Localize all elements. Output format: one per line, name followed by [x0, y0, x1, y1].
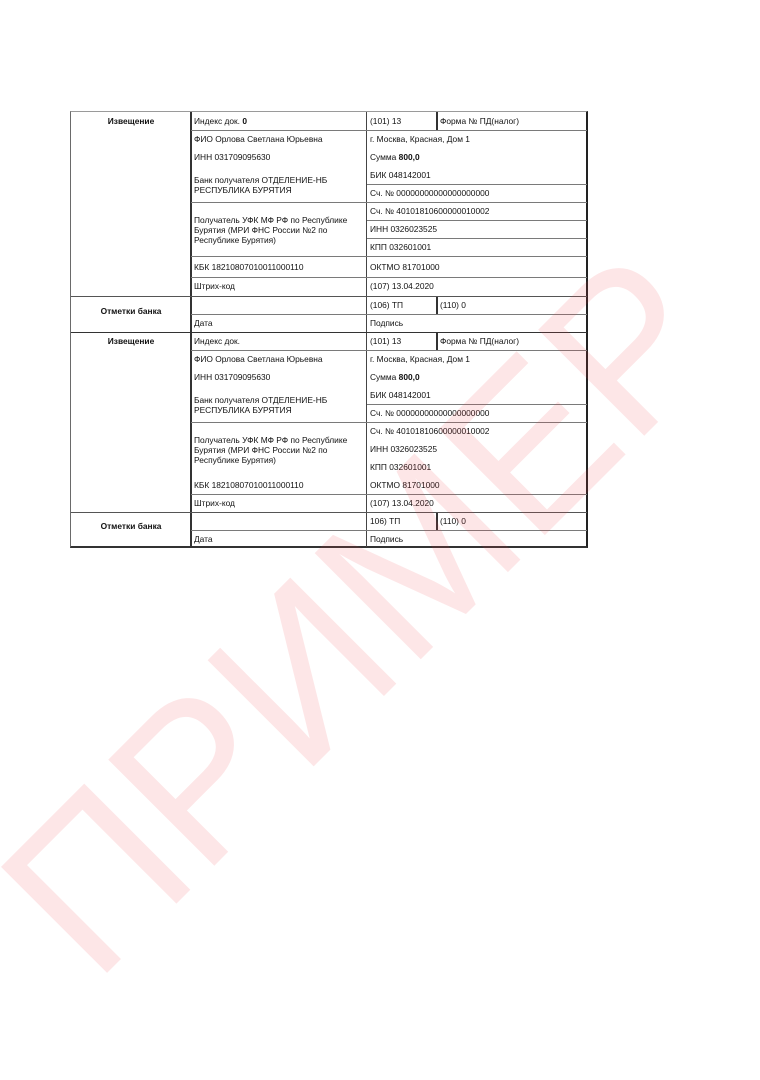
- amount-label: Сумма: [370, 372, 399, 382]
- field-110: (110) 0: [437, 512, 587, 530]
- amount-value: 800,0: [399, 372, 420, 382]
- bank-bik: БИК 048142001: [367, 166, 587, 184]
- index-doc: Индекс док. 0: [191, 112, 367, 130]
- row-divider: [367, 494, 587, 495]
- index-doc-value: 0: [242, 116, 247, 126]
- correspondent-account: Сч. № 00000000000000000000: [367, 404, 587, 422]
- field-107: (107) 13.04.2020: [367, 494, 587, 512]
- row-divider: [71, 512, 587, 513]
- amount-label: Сумма: [370, 152, 399, 162]
- amount-value: 800,0: [399, 152, 420, 162]
- payer-fio: ФИО Орлова Светлана Юрьевна: [191, 350, 367, 368]
- field-101: (101) 13: [367, 112, 437, 130]
- recipient: Получатель УФК МФ РФ по Республике Бурят…: [191, 202, 367, 256]
- row-divider: [191, 130, 587, 131]
- payer-inn: ИНН 031709095630: [191, 148, 367, 166]
- row-divider: [367, 404, 587, 405]
- divider-col-3: [436, 332, 438, 350]
- form-name: Форма № ПД(налог): [437, 112, 587, 130]
- row-divider: [71, 296, 587, 297]
- row-divider: [367, 314, 587, 315]
- field-106: (106) ТП: [367, 296, 437, 314]
- payer-address: г. Москва, Красная, Дом 1: [367, 350, 587, 368]
- row-divider: [191, 350, 587, 351]
- date-label: Дата: [191, 530, 367, 547]
- row-divider: [191, 277, 587, 278]
- recipient-account: Сч. № 40101810600000010002: [367, 202, 587, 220]
- field-107: (107) 13.04.2020: [367, 277, 587, 296]
- divider-col-1: [190, 112, 192, 547]
- payment-receipt-form: Извещение Индекс док. 0 (101) 13 Форма №…: [70, 111, 588, 548]
- bank-marks-blank: [191, 296, 367, 314]
- oktmo: ОКТМО 81701000: [367, 476, 587, 494]
- correspondent-account: Сч. № 00000000000000000000: [367, 184, 587, 202]
- recipient-inn: ИНН 0326023525: [367, 440, 587, 458]
- signature-label: Подпись: [367, 314, 587, 332]
- barcode-label: Штрих-код: [191, 277, 367, 296]
- recipient-bank: Банк получателя ОТДЕЛЕНИЕ-НБ РЕСПУБЛИКА …: [191, 166, 367, 202]
- recipient-kpp: КПП 032601001: [367, 238, 587, 256]
- bank-marks-blank: [191, 512, 367, 530]
- section-label-notice: Извещение: [71, 112, 191, 296]
- row-divider: [367, 238, 587, 239]
- recipient-inn: ИНН 0326023525: [367, 220, 587, 238]
- row-divider: [191, 314, 367, 315]
- field-106: 106) ТП: [367, 512, 437, 530]
- amount: Сумма 800,0: [367, 148, 587, 166]
- kbk: КБК 18210807010011000110: [191, 256, 367, 277]
- row-divider: [367, 220, 587, 221]
- oktmo: ОКТМО 81701000: [367, 256, 587, 277]
- barcode-label: Штрих-код: [191, 494, 367, 512]
- row-divider: [191, 256, 587, 257]
- row-divider: [191, 494, 367, 495]
- payer-inn: ИНН 031709095630: [191, 368, 367, 386]
- index-doc-prefix: Индекс док.: [194, 336, 240, 346]
- row-divider: [191, 422, 587, 423]
- bank-marks-label: Отметки банка: [71, 296, 191, 332]
- row-divider: [191, 202, 587, 203]
- section-label-notice: Извещение: [71, 332, 191, 512]
- recipient-kpp: КПП 032601001: [367, 458, 587, 476]
- payer-fio: ФИО Орлова Светлана Юрьевна: [191, 130, 367, 148]
- amount: Сумма 800,0: [367, 368, 587, 386]
- row-divider: [191, 530, 587, 531]
- field-101: (101) 13: [367, 332, 437, 350]
- divider-col-3: [436, 296, 438, 314]
- index-doc-prefix: Индекс док.: [194, 116, 242, 126]
- date-label: Дата: [191, 314, 367, 332]
- signature-label: Подпись: [367, 530, 587, 547]
- divider-col-3: [436, 112, 438, 130]
- recipient-bank: Банк получателя ОТДЕЛЕНИЕ-НБ РЕСПУБЛИКА …: [191, 386, 367, 422]
- divider-col-2: [366, 112, 367, 547]
- field-110: (110) 0: [437, 296, 587, 314]
- recipient: Получатель УФК МФ РФ по Республике Бурят…: [191, 422, 367, 476]
- divider-col-3: [436, 512, 438, 530]
- form-name: Форма № ПД(налог): [437, 332, 587, 350]
- recipient-account: Сч. № 40101810600000010002: [367, 422, 587, 440]
- payer-address: г. Москва, Красная, Дом 1: [367, 130, 587, 148]
- index-doc: Индекс док.: [191, 332, 367, 350]
- block-divider: [71, 332, 587, 333]
- kbk: КБК 18210807010011000110: [191, 476, 367, 494]
- row-divider: [367, 184, 587, 185]
- bank-marks-label: Отметки банка: [71, 512, 191, 547]
- bank-bik: БИК 048142001: [367, 386, 587, 404]
